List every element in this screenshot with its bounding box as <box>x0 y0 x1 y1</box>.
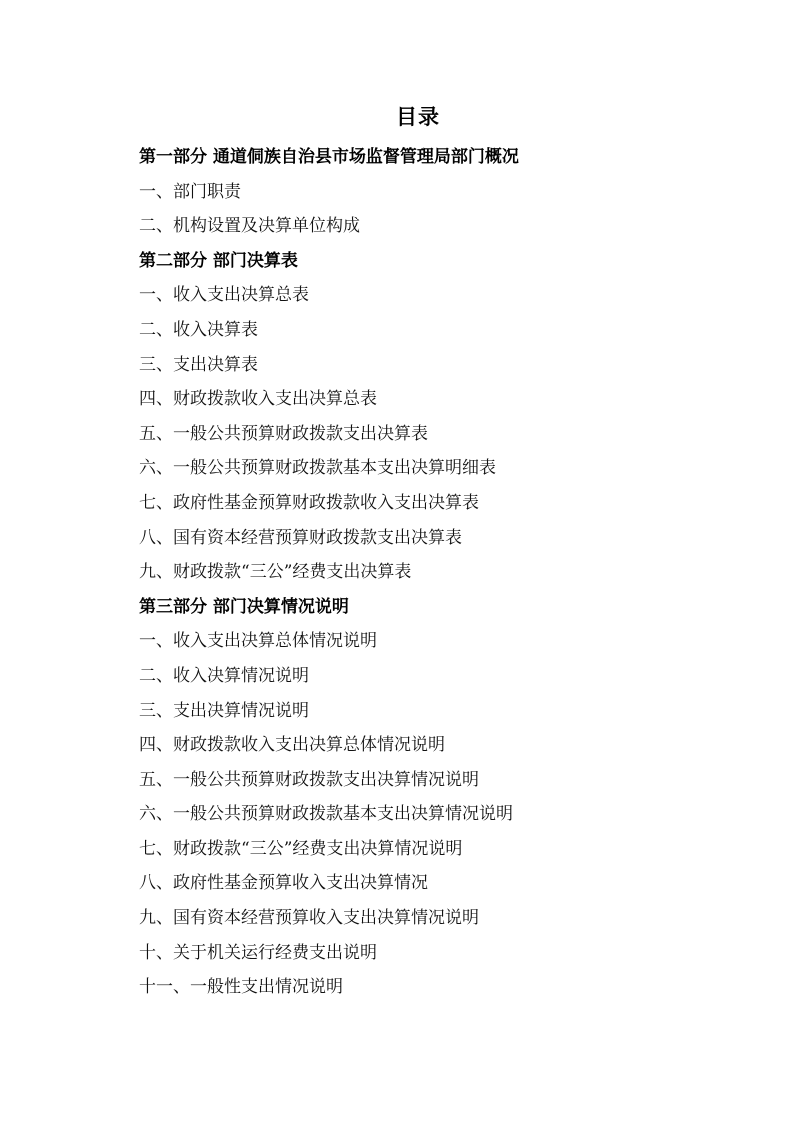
toc-item[interactable]: 七、财政拨款“三公”经费支出决算情况说明 <box>139 832 519 867</box>
toc-item[interactable]: 三、支出决算表 <box>139 348 519 383</box>
toc-item[interactable]: 四、财政拨款收入支出决算总体情况说明 <box>139 728 519 763</box>
toc-item[interactable]: 九、财政拨款“三公”经费支出决算表 <box>139 555 519 590</box>
toc-heading-part-2[interactable]: 第二部分 部门决算表 <box>139 244 519 279</box>
toc-item[interactable]: 六、一般公共预算财政拨款基本支出决算情况说明 <box>139 797 519 832</box>
toc-item[interactable]: 四、财政拨款收入支出决算总表 <box>139 382 519 417</box>
table-of-contents: 第一部分 通道侗族自治县市场监督管理局部门概况 一、部门职责 二、机构设置及决算… <box>139 140 519 1005</box>
toc-item[interactable]: 十、关于机关运行经费支出说明 <box>139 936 519 971</box>
toc-item[interactable]: 十一、一般性支出情况说明 <box>139 970 519 1005</box>
toc-heading-part-1[interactable]: 第一部分 通道侗族自治县市场监督管理局部门概况 <box>139 140 519 175</box>
toc-title: 目录 <box>0 102 793 132</box>
toc-item[interactable]: 一、部门职责 <box>139 175 519 210</box>
toc-heading-part-3[interactable]: 第三部分 部门决算情况说明 <box>139 590 519 625</box>
toc-item[interactable]: 九、国有资本经营预算收入支出决算情况说明 <box>139 901 519 936</box>
toc-item[interactable]: 七、政府性基金预算财政拨款收入支出决算表 <box>139 486 519 521</box>
toc-item[interactable]: 二、机构设置及决算单位构成 <box>139 209 519 244</box>
toc-item[interactable]: 八、政府性基金预算收入支出决算情况 <box>139 866 519 901</box>
toc-item[interactable]: 五、一般公共预算财政拨款支出决算表 <box>139 417 519 452</box>
toc-item[interactable]: 六、一般公共预算财政拨款基本支出决算明细表 <box>139 451 519 486</box>
toc-item[interactable]: 一、收入支出决算总体情况说明 <box>139 624 519 659</box>
toc-item[interactable]: 五、一般公共预算财政拨款支出决算情况说明 <box>139 763 519 798</box>
toc-item[interactable]: 二、收入决算情况说明 <box>139 659 519 694</box>
document-page: 目录 第一部分 通道侗族自治县市场监督管理局部门概况 一、部门职责 二、机构设置… <box>0 0 793 1122</box>
toc-item[interactable]: 二、收入决算表 <box>139 313 519 348</box>
toc-item[interactable]: 八、国有资本经营预算财政拨款支出决算表 <box>139 521 519 556</box>
toc-item[interactable]: 一、收入支出决算总表 <box>139 278 519 313</box>
toc-item[interactable]: 三、支出决算情况说明 <box>139 694 519 729</box>
